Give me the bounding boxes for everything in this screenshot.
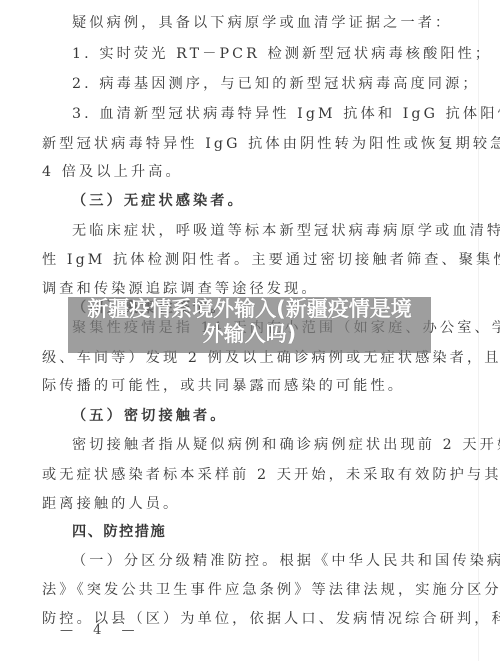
document-text-line: （一）分区分级精准防控。根据《中华人民共和国传染病防治: [72, 551, 500, 571]
section-heading: 四、防控措施: [72, 522, 166, 542]
page-number: — 4 —: [60, 623, 143, 638]
document-text-line: 法》《突发公共卫生事件应急条例》等法律法规，实施分区分级精准: [42, 580, 500, 600]
document-text-line: 1. 实时荧光 RT－PCR 检测新型冠状病毒核酸阳性；: [72, 44, 492, 64]
headline-line-2: 外输入吗): [68, 322, 431, 347]
document-text-line: 3. 血清新型冠状病毒特异性 IgM 抗体和 IgG 抗体阳性；血清: [72, 104, 500, 124]
subsection-heading: （三）无症状感染者。: [72, 191, 245, 211]
document-text-line: 际传播的可能性，或共同暴露而感染的可能性。: [42, 376, 405, 396]
document-text-line: 4 倍及以上升高。: [42, 162, 183, 182]
document-text-line: 新型冠状病毒特异性 IgG 抗体由阴性转为阳性或恢复期较急性期: [42, 134, 500, 154]
document-text-line: 2. 病毒基因测序，与已知的新型冠状病毒高度同源；: [72, 74, 480, 94]
document-text-line: 距离接触的人员。: [42, 494, 180, 514]
document-text-line: 性 IgM 抗体检测阳性者。主要通过密切接触者筛查、聚集性疫情: [42, 250, 500, 270]
headline-line-1: 新疆疫情系境外输入(新疆疫情是境: [68, 297, 431, 322]
document-text-line: 无临床症状，呼吸道等标本新型冠状病毒病原学或血清特异: [72, 221, 500, 241]
headline-overlay-title: 新疆疫情系境外输入(新疆疫情是境 外输入吗): [68, 297, 431, 347]
document-text-line: 密切接触者指从疑似病例和确诊病例症状出现前 2 天开始，: [72, 435, 500, 455]
document-text-line: 调查和传染源追踪调查等途径发现。: [42, 279, 319, 299]
subsection-heading: （五）密切接触者。: [72, 406, 228, 426]
document-text-line: 或无症状感染者标本采样前 2 天开始，未采取有效防护与其有近: [42, 465, 500, 485]
document-text-line: 疑似病例，具备以下病原学或血清学证据之一者：: [72, 13, 452, 33]
